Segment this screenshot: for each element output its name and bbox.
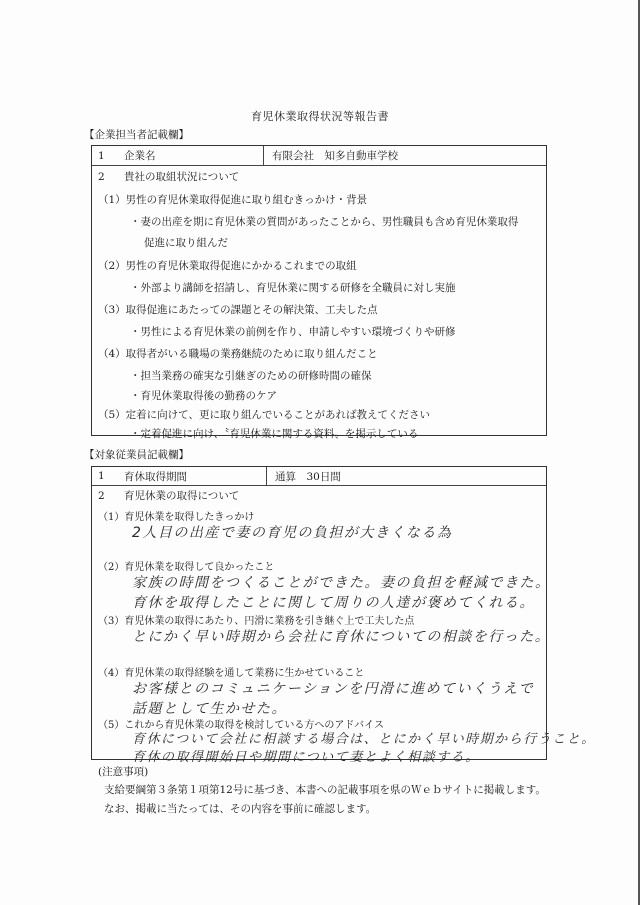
leave-period-row: 1 育休取得期間 通算 30日間 bbox=[92, 467, 546, 486]
company-question-2: （2）男性の育児休業取得促進にかかるこれまでの取組 bbox=[98, 258, 357, 273]
employee-question-4: （4）育児休業の取得経験を通して業務に生かせていること bbox=[98, 664, 364, 679]
employee-answer-4b: 話題として生かせた。 bbox=[132, 698, 287, 718]
company-section-label: 【企業担当者記載欄】 bbox=[84, 127, 189, 142]
employee-answer-3: とにかく早い時期から会社に育休についての相談を行った。 bbox=[132, 626, 550, 646]
employee-answer-5a: 育休について会社に相談する場合は、とにかく早い時期から行うこと。 bbox=[132, 728, 596, 747]
company-name-label: 企業名 bbox=[124, 148, 156, 163]
employee-answer-2a: 家族の時間をつくることができた。妻の負担を軽減できた。 bbox=[132, 572, 551, 592]
employee-table: 1 育休取得期間 通算 30日間 2育児休業の取得について （1）育児休業を取得… bbox=[91, 466, 547, 760]
company-question-5: （5）定着に向けて、更に取り組んでいることがあれば教えてください bbox=[98, 407, 430, 422]
company-answer-3: ・男性による育児休業の前例を作り、申請しやすい環境づくりや研修 bbox=[130, 324, 456, 339]
company-question-4: （4）取得者がいる職場の業務継続のために取り組んだこと bbox=[98, 346, 378, 361]
company-answer-1a: ・妻の出産を期に育児休業の質問があったことから、男性職員も含め育児休業取得 bbox=[130, 214, 518, 229]
employee-question-3: （3）育児休業の取得にあたり、円滑に業務を引き継ぐ上で工夫した点 bbox=[98, 612, 414, 627]
company-answer-1b: 促進に取り組んだ bbox=[144, 235, 228, 250]
efforts-heading-label: 貴社の取組状況について bbox=[124, 171, 239, 183]
leave-period-value: 通算 30日間 bbox=[267, 469, 546, 484]
employee-leave-area: 2育児休業の取得について （1）育児休業を取得したきっかけ 2人目の出産で妻の育… bbox=[92, 486, 546, 760]
efforts-heading: 2貴社の取組状況について bbox=[92, 169, 239, 184]
company-table: 1 企業名 有限会社 知多自動車学校 2貴社の取組状況について （1）男性の育児… bbox=[91, 145, 547, 436]
company-answer-4b: ・育児休業取得後の勤務のケア bbox=[130, 388, 277, 403]
leave-heading-label: 育児休業の取得について bbox=[124, 490, 239, 502]
employee-answer-1: 2人目の出産で妻の育児の負担が大きくなる為 bbox=[132, 522, 452, 542]
employee-question-2: （2）育児休業を取得して良かったこと bbox=[98, 558, 274, 573]
document-title: 育児休業取得状況等報告書 bbox=[0, 108, 640, 124]
company-question-1: （1）男性の育児休業取得促進に取り組むきっかけ・背景 bbox=[98, 192, 367, 207]
row-number: 1 bbox=[92, 470, 124, 482]
employee-section-label: 【対象従業員記載欄】 bbox=[84, 447, 189, 462]
leave-period-label: 育休取得期間 bbox=[124, 469, 187, 484]
notes-line-2: なお、掲載に当たっては、その内容を事前に確認します。 bbox=[104, 801, 376, 816]
employee-answer-4a: お客様とのコミュニケーションを円滑に進めていくうえで bbox=[132, 678, 534, 698]
employee-answer-5b: 育休の取得開始日や期間について妻とよく相談する。 bbox=[132, 746, 480, 765]
employee-question-1: （1）育児休業を取得したきっかけ bbox=[98, 508, 254, 523]
notes-line-1: 支給要綱第３条第１項第12号に基づき、本書への記載事項を県のＷｅｂサイトに掲載し… bbox=[104, 782, 546, 797]
company-name-value: 有限会社 知多自動車学校 bbox=[264, 148, 546, 163]
row-number: 1 bbox=[92, 150, 124, 162]
company-efforts-area: 2貴社の取組状況について （1）男性の育児休業取得促進に取り組むきっかけ・背景 … bbox=[92, 166, 546, 436]
company-answer-4a: ・担当業務の確実な引継ぎのための研修時間の確保 bbox=[130, 368, 372, 383]
leave-heading: 2育児休業の取得について bbox=[92, 488, 239, 503]
row-number: 2 bbox=[92, 171, 124, 183]
company-name-row: 1 企業名 有限会社 知多自動車学校 bbox=[92, 146, 546, 166]
notes-heading: (注意事項) bbox=[98, 764, 148, 779]
employee-answer-2b: 育休を取得したことに関して周りの人達が褒めてくれる。 bbox=[132, 592, 535, 612]
company-answer-5: ・定着促進に向け、〝育児休業に関する資料〟を掲示している bbox=[130, 426, 418, 441]
company-answer-2: ・外部より講師を招請し、育児休業に関する研修を全職員に対し実施 bbox=[130, 280, 456, 295]
company-question-3: （3）取得促進にあたっての課題とその解決策、工夫した点 bbox=[98, 302, 378, 317]
row-number: 2 bbox=[92, 490, 124, 502]
